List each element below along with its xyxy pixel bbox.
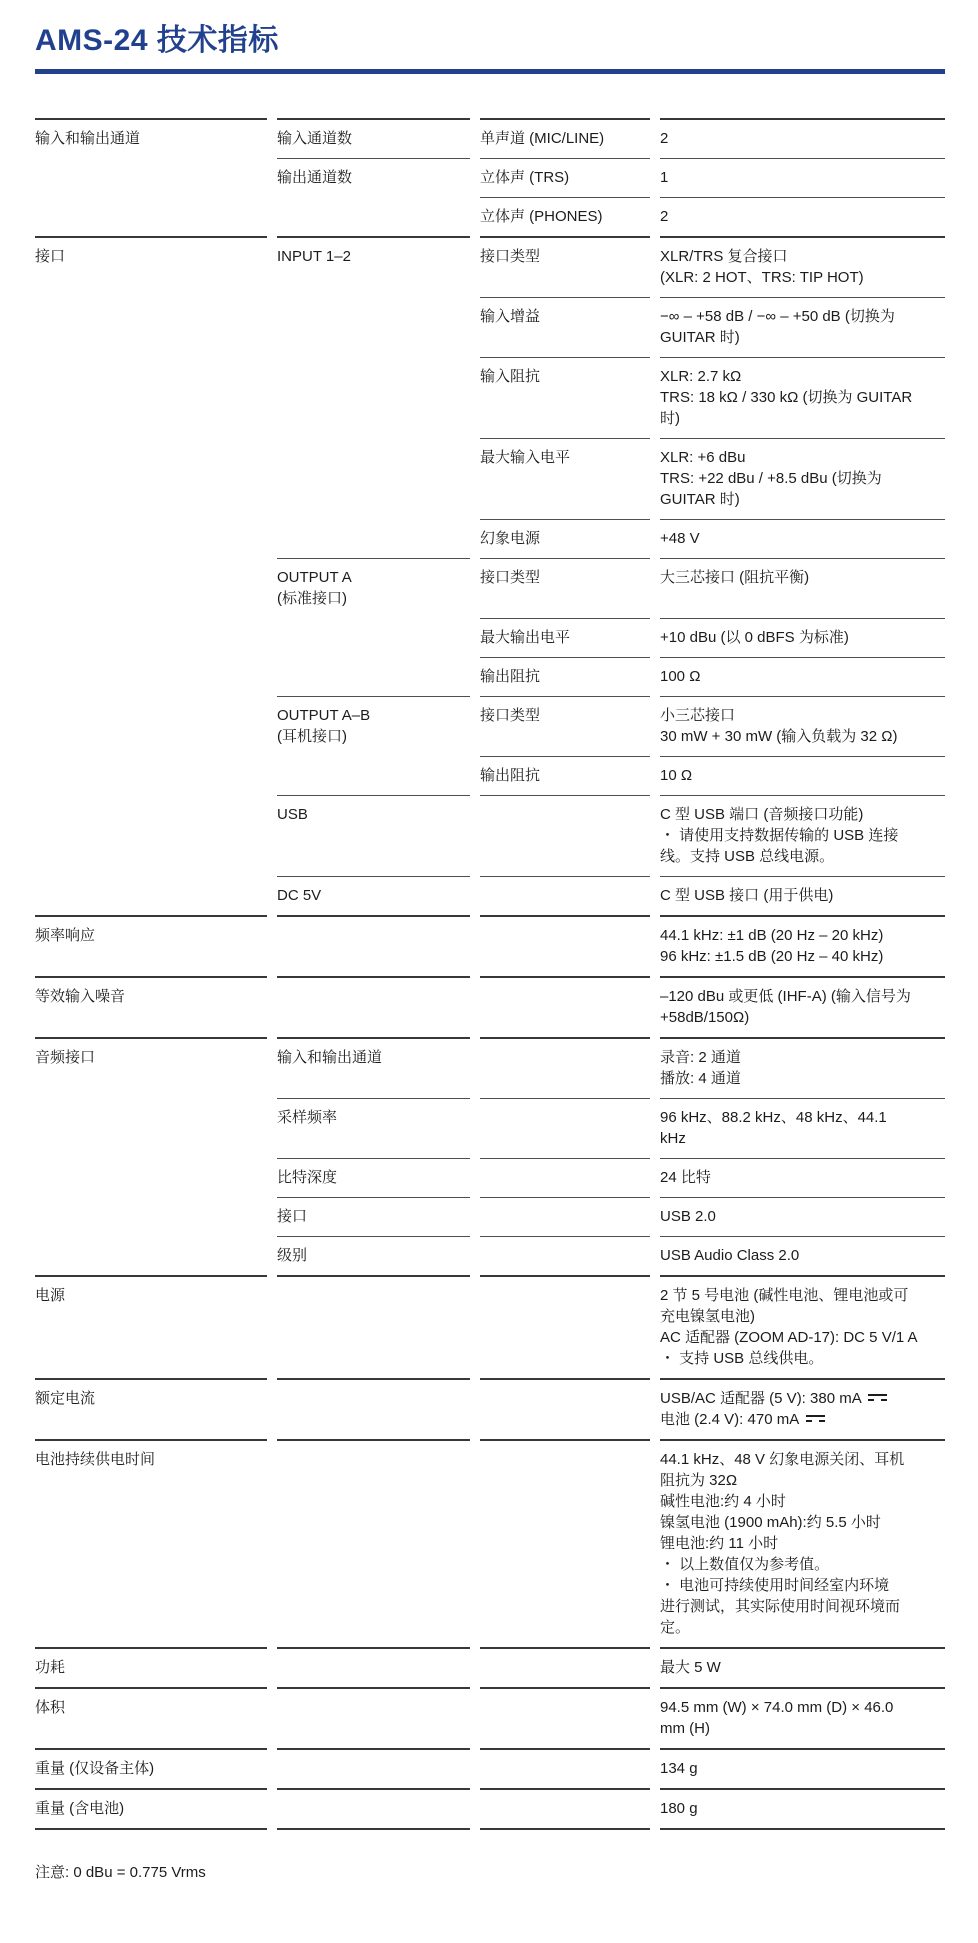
spec-text-line: (标准接口)	[277, 588, 470, 609]
spec-text-line: DC 5V	[277, 885, 470, 906]
spec-cell-value-r27: 134 g	[660, 1748, 945, 1788]
spec-text-line: GUITAR 时)	[660, 327, 945, 348]
spec-text-line: 时)	[660, 408, 945, 429]
spec-cell-item-r26	[480, 1687, 650, 1748]
spec-text-line: 大三芯接口 (阻抗平衡)	[660, 567, 945, 588]
spec-page: AMS-24 技术指标 输入和输出通道输入通道数单声道 (MIC/LINE)2输…	[0, 0, 978, 1943]
spec-cell-sub-category-r14: DC 5V	[277, 876, 470, 915]
spec-text-line: 重量 (含电池)	[35, 1798, 267, 1819]
spec-text-line: 音频接口	[35, 1047, 267, 1068]
spec-cell-category-r15: 频率响应	[35, 915, 267, 976]
spec-cell-sub-category-r4	[277, 297, 470, 357]
spec-text-line: (XLR: 2 HOT、TRS: TIP HOT)	[660, 267, 945, 288]
spec-cell-sub-category-r0: 输入通道数	[277, 118, 470, 158]
spec-cell-sub-category-r6	[277, 438, 470, 519]
spec-cell-category-r13	[35, 795, 267, 876]
spec-cell-category-r20	[35, 1197, 267, 1236]
table-bottom-border	[480, 1828, 650, 1830]
spec-cell-sub-category-r26	[277, 1687, 470, 1748]
spec-text-line: 录音: 2 通道	[660, 1047, 945, 1068]
spec-cell-value-r17: 录音: 2 通道播放: 4 通道	[660, 1037, 945, 1098]
spec-text-line: 进行测试，其实际使用时间视环境而	[660, 1596, 945, 1617]
spec-text-line: XLR: +6 dBu	[660, 447, 945, 468]
spec-text-line: ・ 请使用支持数据传输的 USB 连接	[660, 825, 945, 846]
spec-cell-sub-category-r15	[277, 915, 470, 976]
spec-text-line: 频率响应	[35, 925, 267, 946]
spec-cell-item-r18	[480, 1098, 650, 1158]
table-bottom-border	[660, 1828, 945, 1830]
spec-text-line: +48 V	[660, 528, 945, 549]
spec-text-line: 44.1 kHz、48 V 幻象电源关闭、耳机	[660, 1449, 945, 1470]
spec-cell-sub-category-r28	[277, 1788, 470, 1828]
spec-text-line: 小三芯接口	[660, 705, 945, 726]
spec-text-line: 输出通道数	[277, 167, 470, 188]
spec-cell-value-r4: −∞ – +58 dB / −∞ – +50 dB (切换为GUITAR 时)	[660, 297, 945, 357]
spec-text-line: 接口	[35, 246, 267, 267]
spec-cell-category-r14	[35, 876, 267, 915]
page-title: AMS-24 技术指标	[35, 22, 945, 60]
spec-cell-value-r1: 1	[660, 158, 945, 197]
spec-cell-category-r19	[35, 1158, 267, 1197]
spec-text-line: 接口类型	[480, 567, 650, 588]
spec-text-line: 幻象电源	[480, 528, 650, 549]
spec-text-line: 2	[660, 206, 945, 227]
spec-cell-sub-category-r17: 输入和输出通道	[277, 1037, 470, 1098]
spec-text-line: 立体声 (TRS)	[480, 167, 650, 188]
spec-text-line: 镍氢电池 (1900 mAh):约 5.5 小时	[660, 1512, 945, 1533]
spec-text-line: 级别	[277, 1245, 470, 1266]
spec-text-line: 24 比特	[660, 1167, 945, 1188]
spec-text-line: 接口类型	[480, 246, 650, 267]
spec-cell-sub-category-r2	[277, 197, 470, 236]
spec-text-line: 接口	[277, 1206, 470, 1227]
spec-text-line: 等效输入噪音	[35, 986, 267, 1007]
spec-cell-value-r28: 180 g	[660, 1788, 945, 1828]
spec-cell-sub-category-r10	[277, 657, 470, 696]
spec-text-line: 电池持续供电时间	[35, 1449, 267, 1470]
spec-cell-item-r20	[480, 1197, 650, 1236]
spec-cell-sub-category-r7	[277, 519, 470, 558]
spec-cell-sub-category-r16	[277, 976, 470, 1037]
spec-cell-category-r12	[35, 756, 267, 795]
spec-text-line: 功耗	[35, 1657, 267, 1678]
spec-text-line: 定。	[660, 1617, 945, 1638]
spec-text-line: 额定电流	[35, 1388, 267, 1409]
spec-text-line: ・ 以上数值仅为参考值。	[660, 1554, 945, 1575]
spec-cell-category-r10	[35, 657, 267, 696]
spec-cell-value-r23: USB/AC 适配器 (5 V): 380 mA 电池 (2.4 V): 470…	[660, 1378, 945, 1439]
spec-cell-category-r26: 体积	[35, 1687, 267, 1748]
spec-cell-category-r5	[35, 357, 267, 438]
spec-text-line: 1	[660, 167, 945, 188]
spec-cell-sub-category-r20: 接口	[277, 1197, 470, 1236]
spec-text-line: C 型 USB 端口 (音频接口功能)	[660, 804, 945, 825]
spec-text-line: mm (H)	[660, 1718, 945, 1739]
spec-cell-value-r0: 2	[660, 118, 945, 158]
spec-cell-value-r7: +48 V	[660, 519, 945, 558]
spec-cell-value-r3: XLR/TRS 复合接口(XLR: 2 HOT、TRS: TIP HOT)	[660, 236, 945, 297]
spec-text-line: GUITAR 时)	[660, 489, 945, 510]
spec-cell-value-r10: 100 Ω	[660, 657, 945, 696]
spec-text-line: 100 Ω	[660, 666, 945, 687]
spec-text-line: 充电镍氢电池)	[660, 1306, 945, 1327]
spec-cell-sub-category-r11: OUTPUT A–B(耳机接口)	[277, 696, 470, 756]
spec-text-line: 2 节 5 号电池 (碱性电池、锂电池或可	[660, 1285, 945, 1306]
spec-text-line: 碱性电池:约 4 小时	[660, 1491, 945, 1512]
spec-cell-sub-category-r23	[277, 1378, 470, 1439]
spec-text-line: XLR/TRS 复合接口	[660, 246, 945, 267]
spec-text-line: 输入阻抗	[480, 366, 650, 387]
spec-cell-category-r1	[35, 158, 267, 197]
spec-cell-item-r0: 单声道 (MIC/LINE)	[480, 118, 650, 158]
spec-text-line: ・ 电池可持续使用时间经室内环境	[660, 1575, 945, 1596]
spec-cell-item-r13	[480, 795, 650, 876]
spec-cell-category-r22: 电源	[35, 1275, 267, 1378]
spec-cell-item-r11: 接口类型	[480, 696, 650, 756]
spec-cell-value-r18: 96 kHz、88.2 kHz、48 kHz、44.1kHz	[660, 1098, 945, 1158]
spec-cell-item-r5: 输入阻抗	[480, 357, 650, 438]
spec-text-line: 电源	[35, 1285, 267, 1306]
spec-text-line: +58dB/150Ω)	[660, 1007, 945, 1028]
spec-text-line: 180 g	[660, 1798, 945, 1819]
spec-cell-item-r12: 输出阻抗	[480, 756, 650, 795]
spec-text-line: 30 mW + 30 mW (输入负载为 32 Ω)	[660, 726, 945, 747]
spec-cell-category-r8	[35, 558, 267, 618]
spec-text-line: ・ 支持 USB 总线供电。	[660, 1348, 945, 1369]
spec-cell-category-r3: 接口	[35, 236, 267, 297]
spec-cell-category-r6	[35, 438, 267, 519]
spec-text-line: OUTPUT A	[277, 567, 470, 588]
spec-cell-sub-category-r5	[277, 357, 470, 438]
spec-cell-value-r26: 94.5 mm (W) × 74.0 mm (D) × 46.0mm (H)	[660, 1687, 945, 1748]
spec-text-line: C 型 USB 接口 (用于供电)	[660, 885, 945, 906]
spec-cell-item-r28	[480, 1788, 650, 1828]
spec-text-line: 输入和输出通道	[35, 128, 267, 149]
spec-cell-item-r22	[480, 1275, 650, 1378]
spec-cell-sub-category-r8: OUTPUT A(标准接口)	[277, 558, 470, 618]
spec-text-line: TRS: +22 dBu / +8.5 dBu (切换为	[660, 468, 945, 489]
spec-cell-value-r22: 2 节 5 号电池 (碱性电池、锂电池或可充电镍氢电池)AC 适配器 (ZOOM…	[660, 1275, 945, 1378]
spec-cell-category-r9	[35, 618, 267, 657]
spec-text-line: 锂电池:约 11 小时	[660, 1533, 945, 1554]
spec-text-line: USB/AC 适配器 (5 V): 380 mA	[660, 1388, 945, 1409]
spec-text-line: 输出阻抗	[480, 666, 650, 687]
spec-cell-item-r9: 最大输出电平	[480, 618, 650, 657]
spec-text-line: TRS: 18 kΩ / 330 kΩ (切换为 GUITAR	[660, 387, 945, 408]
spec-text-line: −∞ – +58 dB / −∞ – +50 dB (切换为	[660, 306, 945, 327]
spec-table: 输入和输出通道输入通道数单声道 (MIC/LINE)2输出通道数立体声 (TRS…	[35, 118, 945, 1830]
spec-cell-sub-category-r12	[277, 756, 470, 795]
spec-cell-item-r7: 幻象电源	[480, 519, 650, 558]
spec-cell-sub-category-r25	[277, 1647, 470, 1687]
spec-text-line: 阻抗为 32Ω	[660, 1470, 945, 1491]
spec-cell-category-r23: 额定电流	[35, 1378, 267, 1439]
spec-cell-sub-category-r9	[277, 618, 470, 657]
spec-cell-category-r21	[35, 1236, 267, 1275]
spec-text-line: kHz	[660, 1128, 945, 1149]
spec-cell-category-r27: 重量 (仅设备主体)	[35, 1748, 267, 1788]
spec-text-line: 播放: 4 通道	[660, 1068, 945, 1089]
spec-cell-item-r10: 输出阻抗	[480, 657, 650, 696]
spec-cell-item-r6: 最大输入电平	[480, 438, 650, 519]
spec-cell-item-r2: 立体声 (PHONES)	[480, 197, 650, 236]
table-bottom-border	[35, 1828, 267, 1830]
spec-cell-value-r2: 2	[660, 197, 945, 236]
direct-current-icon	[806, 1415, 825, 1422]
spec-text-line: –120 dBu 或更低 (IHF-A) (输入信号为	[660, 986, 945, 1007]
spec-cell-category-r4	[35, 297, 267, 357]
spec-text-line: USB	[277, 804, 470, 825]
spec-cell-category-r7	[35, 519, 267, 558]
spec-text-line: 重量 (仅设备主体)	[35, 1758, 267, 1779]
spec-cell-value-r9: +10 dBu (以 0 dBFS 为标准)	[660, 618, 945, 657]
spec-cell-category-r28: 重量 (含电池)	[35, 1788, 267, 1828]
spec-text-line: AC 适配器 (ZOOM AD-17): DC 5 V/1 A	[660, 1327, 945, 1348]
spec-text-line: 94.5 mm (W) × 74.0 mm (D) × 46.0	[660, 1697, 945, 1718]
spec-text-line: 输入通道数	[277, 128, 470, 149]
spec-cell-item-r1: 立体声 (TRS)	[480, 158, 650, 197]
spec-cell-value-r25: 最大 5 W	[660, 1647, 945, 1687]
spec-text-line: 比特深度	[277, 1167, 470, 1188]
spec-cell-category-r24: 电池持续供电时间	[35, 1439, 267, 1647]
spec-cell-value-r24: 44.1 kHz、48 V 幻象电源关闭、耳机阻抗为 32Ω碱性电池:约 4 小…	[660, 1439, 945, 1647]
spec-cell-category-r16: 等效输入噪音	[35, 976, 267, 1037]
spec-cell-item-r21	[480, 1236, 650, 1275]
spec-text-line: USB 2.0	[660, 1206, 945, 1227]
spec-text-line: 单声道 (MIC/LINE)	[480, 128, 650, 149]
spec-cell-sub-category-r13: USB	[277, 795, 470, 876]
spec-cell-value-r12: 10 Ω	[660, 756, 945, 795]
spec-cell-item-r17	[480, 1037, 650, 1098]
spec-text-line: 44.1 kHz: ±1 dB (20 Hz – 20 kHz)	[660, 925, 945, 946]
spec-cell-item-r24	[480, 1439, 650, 1647]
spec-text-line: 采样频率	[277, 1107, 470, 1128]
spec-text-line: 2	[660, 128, 945, 149]
spec-cell-sub-category-r27	[277, 1748, 470, 1788]
spec-cell-category-r25: 功耗	[35, 1647, 267, 1687]
spec-cell-value-r20: USB 2.0	[660, 1197, 945, 1236]
spec-cell-item-r3: 接口类型	[480, 236, 650, 297]
spec-cell-value-r5: XLR: 2.7 kΩTRS: 18 kΩ / 330 kΩ (切换为 GUIT…	[660, 357, 945, 438]
spec-cell-category-r17: 音频接口	[35, 1037, 267, 1098]
spec-text-line: 电池 (2.4 V): 470 mA	[660, 1409, 945, 1430]
spec-cell-value-r15: 44.1 kHz: ±1 dB (20 Hz – 20 kHz)96 kHz: …	[660, 915, 945, 976]
spec-text-line: 接口类型	[480, 705, 650, 726]
spec-text-line: 最大输入电平	[480, 447, 650, 468]
spec-cell-value-r11: 小三芯接口30 mW + 30 mW (输入负载为 32 Ω)	[660, 696, 945, 756]
spec-text-line: USB Audio Class 2.0	[660, 1245, 945, 1266]
spec-cell-item-r16	[480, 976, 650, 1037]
spec-cell-item-r14	[480, 876, 650, 915]
spec-cell-sub-category-r1: 输出通道数	[277, 158, 470, 197]
spec-text-line: 体积	[35, 1697, 267, 1718]
spec-cell-value-r8: 大三芯接口 (阻抗平衡)	[660, 558, 945, 618]
spec-text-line: 最大输出电平	[480, 627, 650, 648]
spec-text-line: 134 g	[660, 1758, 945, 1779]
spec-cell-item-r25	[480, 1647, 650, 1687]
spec-cell-value-r14: C 型 USB 接口 (用于供电)	[660, 876, 945, 915]
spec-text-line: 立体声 (PHONES)	[480, 206, 650, 227]
spec-cell-value-r21: USB Audio Class 2.0	[660, 1236, 945, 1275]
spec-cell-category-r0: 输入和输出通道	[35, 118, 267, 158]
direct-current-icon	[868, 1394, 887, 1401]
spec-cell-category-r2	[35, 197, 267, 236]
spec-text-line: XLR: 2.7 kΩ	[660, 366, 945, 387]
spec-cell-item-r27	[480, 1748, 650, 1788]
spec-cell-item-r15	[480, 915, 650, 976]
spec-cell-value-r6: XLR: +6 dBuTRS: +22 dBu / +8.5 dBu (切换为G…	[660, 438, 945, 519]
spec-cell-item-r4: 输入增益	[480, 297, 650, 357]
spec-text-line: 96 kHz: ±1.5 dB (20 Hz – 40 kHz)	[660, 946, 945, 967]
spec-cell-sub-category-r22	[277, 1275, 470, 1378]
spec-text-line: 输出阻抗	[480, 765, 650, 786]
spec-cell-sub-category-r19: 比特深度	[277, 1158, 470, 1197]
spec-cell-item-r19	[480, 1158, 650, 1197]
spec-text-line: 输入增益	[480, 306, 650, 327]
spec-text-line: 最大 5 W	[660, 1657, 945, 1678]
spec-cell-sub-category-r3: INPUT 1–2	[277, 236, 470, 297]
footnote: 注意: 0 dBu = 0.775 Vrms	[35, 1862, 945, 1883]
spec-text-line: INPUT 1–2	[277, 246, 470, 267]
spec-cell-sub-category-r24	[277, 1439, 470, 1647]
spec-text-line: +10 dBu (以 0 dBFS 为标准)	[660, 627, 945, 648]
spec-text-line: (耳机接口)	[277, 726, 470, 747]
title-rule	[35, 69, 945, 74]
spec-cell-item-r23	[480, 1378, 650, 1439]
spec-cell-item-r8: 接口类型	[480, 558, 650, 618]
spec-cell-value-r13: C 型 USB 端口 (音频接口功能)・ 请使用支持数据传输的 USB 连接线。…	[660, 795, 945, 876]
spec-cell-value-r16: –120 dBu 或更低 (IHF-A) (输入信号为+58dB/150Ω)	[660, 976, 945, 1037]
spec-text-line: 96 kHz、88.2 kHz、48 kHz、44.1	[660, 1107, 945, 1128]
table-bottom-border	[277, 1828, 470, 1830]
spec-cell-category-r11	[35, 696, 267, 756]
spec-cell-sub-category-r21: 级别	[277, 1236, 470, 1275]
spec-text-line: 10 Ω	[660, 765, 945, 786]
spec-cell-category-r18	[35, 1098, 267, 1158]
spec-text-line: OUTPUT A–B	[277, 705, 470, 726]
spec-text-line: 输入和输出通道	[277, 1047, 470, 1068]
spec-text-line: 线。支持 USB 总线电源。	[660, 846, 945, 867]
spec-cell-sub-category-r18: 采样频率	[277, 1098, 470, 1158]
spec-cell-value-r19: 24 比特	[660, 1158, 945, 1197]
